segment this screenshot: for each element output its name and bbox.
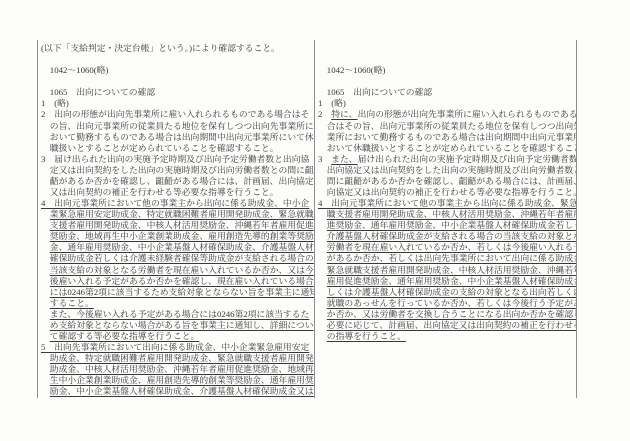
revised-text: また、 <box>331 154 357 164</box>
document-line: の指導を行うこと。 <box>318 331 574 342</box>
revised-text: 雇用促進奨励金、通年雇用奨励金、中小企業基盤人材確保助成金若 <box>327 276 577 286</box>
document-line <box>41 54 312 65</box>
column-right: 1042〜1060(略) 1065 出向についての確認1 (略)2 特に、出向の… <box>315 40 577 398</box>
document-line: おいて勤務するものである場合は出向期間中出向元事業所にいて休 <box>41 132 312 143</box>
document-line: 出向協定又は出向契約をした出向の実施時期及び出向労働者数との <box>318 165 574 176</box>
document-line: 2 特に、出向の形態が出向先事業所に雇い入れられるものである場 <box>318 109 574 120</box>
document-line: また、今後雇い入れる予定がある場合には0246第2項に該当するた <box>41 309 312 320</box>
revised-text: か否か、又は労働者を交換し合うことになる出向か否かを確認し、 <box>327 309 577 319</box>
document-line: があるか否か、若しくは出向先事業所において出向に係る助成金、 <box>318 253 574 264</box>
document-line: 1042〜1060(略) <box>41 65 312 76</box>
document-line: 進奨励金、通年雇用奨励金、中小企業基盤人材確保助成金若しくは <box>318 220 574 231</box>
revised-text: の指導を行うこと。 <box>327 331 406 341</box>
body-text: 出向の形態が出向先事業所に雇い入れられるものである場 <box>358 109 577 119</box>
revised-text: 業緊急雇用安定助成金、特定就職困難者雇用開発助成金、緊急就職 <box>50 209 314 219</box>
body-text: 2 出向の形態が出向先事業所に雇い入れられるものである場合はそ <box>41 109 309 119</box>
document-line: 1 (略) <box>318 98 574 109</box>
comparison-table: (以下「支給判定・決定台帳」という。)により確認すること。 1042〜1060(… <box>37 40 577 398</box>
document-line: 就職のあっせんを行っているか否か、若しくは今後行う予定がある <box>318 298 574 309</box>
document-line: 労働者を現在雇い入れているか否か、若しくは今後雇い入れる予定 <box>318 242 574 253</box>
revised-text: 職支援者雇用開発助成金、中核人材活用奨励金、沖縄若年者雇用促 <box>327 209 577 219</box>
body-text: (以下「支給判定・決定台帳」という。)により確認すること。 <box>41 43 280 53</box>
document-line: 職支援者雇用開発助成金、中核人材活用奨励金、沖縄若年者雇用促 <box>318 209 574 220</box>
document-line: 定又は出向契約をした出向の実施時期及び出向労働者数との間に齟 <box>41 165 312 176</box>
document-line: か否か、又は労働者を交換し合うことになる出向か否かを確認し、 <box>318 309 574 320</box>
body-text: 1 (略) <box>41 98 69 108</box>
revised-text: 労働者を現在雇い入れているか否か、若しくは今後雇い入れる予定 <box>327 242 577 252</box>
document-line: 後雇い入れる予定があるか否かを確認し、現在雇い入れている場合 <box>41 276 312 287</box>
body-text: 向協定又は出向契約の補正を行わせる等必要な指導を行うこと。 <box>327 187 577 197</box>
revised-text: て確認する等必要な指導を行うこと。 <box>50 331 200 341</box>
document-line: 助成金、特定就職困難者雇用開発助成金、緊急就職支援者雇用開発 <box>41 353 312 364</box>
document-line: て確認する等必要な指導を行うこと。 <box>41 331 312 342</box>
document-line: 3 また、届け出られた出向の実施予定時期及び出向予定労働者数と <box>318 154 574 165</box>
document-line <box>41 76 312 87</box>
body-text: 1042〜1060(略) <box>327 65 386 75</box>
body-text: 1042〜1060(略) <box>50 65 109 75</box>
document-line: すること。 <box>41 298 312 309</box>
document-line: 又は出向契約の補正を行わせる等必要な指導を行うこと。 <box>41 187 312 198</box>
revised-text: 確保助成金若しくは介護未経験者確保等助成金が支給される場合の <box>50 253 314 263</box>
body-text: 届け出られた出向の実施予定時期及び出向予定労働者数と <box>358 154 577 164</box>
revised-text: 奨励金、地域再生中小企業創業助成金、雇用創造先導的創業等奨励 <box>50 231 314 241</box>
revised-text: 特に、 <box>331 109 357 119</box>
body-text: おいて勤務するものである場合は出向期間中出向元事業所にいて休 <box>50 132 314 142</box>
document-line: 奨励金、地域再生中小企業創業助成金、雇用創造先導的創業等奨励 <box>41 231 312 242</box>
revised-text: 当該支給の対象となる労働者を現在雇い入れているか否か、又は今 <box>50 265 314 275</box>
column-left: (以下「支給判定・決定台帳」という。)により確認すること。 1042〜1060(… <box>37 40 315 398</box>
body-text: 3 届け出られた出向の実施予定時期及び出向予定労働者数と出向協 <box>41 154 309 164</box>
revised-text: また、今後雇い入れる予定がある場合には0246第2項に該当するた <box>50 309 310 319</box>
body-text: の旨、出向元事業所の従業員たる地位を保有しつつ出向先事業所に <box>50 121 314 131</box>
document-line: しくは介護基盤人材確保助成金の支給の対象となる出向若しくは再 <box>318 287 574 298</box>
document-line: 1065 出向についての確認 <box>41 87 312 98</box>
body-text: 3 <box>318 154 331 164</box>
body-text: 又は出向契約の補正を行わせる等必要な指導を行うこと。 <box>50 187 279 197</box>
revised-text: しくは介護基盤人材確保助成金の支給の対象となる出向若しくは再 <box>327 287 577 297</box>
body-text: 職扱いとすることが定められていることを確認すること。 <box>50 143 279 153</box>
revised-text: 助成金、中核人材活用奨励金、沖縄若年者雇用促進奨励金、地域再 <box>50 364 314 374</box>
document-line: 必要に応じて、計画届、出向協定又は出向契約の補正を行わせる等 <box>318 320 574 331</box>
body-text: 合はその旨、出向元事業所の従業員たる地位を保有しつつ出向先事 <box>327 121 577 131</box>
revised-text: 就職のあっせんを行っているか否か、若しくは今後行う予定がある <box>327 298 577 308</box>
body-text: 2 <box>318 109 331 119</box>
document-line: 雇用促進奨励金、通年雇用奨励金、中小企業基盤人材確保助成金若 <box>318 276 574 287</box>
document-line: 業所において勤務するものである場合は出向期間中出向元事業所に <box>318 132 574 143</box>
revised-text: 後雇い入れる予定があるか否かを確認し、現在雇い入れている場合 <box>50 276 314 286</box>
document-line: おいて休職扱いとすることが定められていることを確認すること。 <box>318 143 574 154</box>
document-line: め支給対象とならない場合がある旨を事業主に通知し、詳細につい <box>41 320 312 331</box>
revised-text: 4 出向元事業所において他の事業主から出向に係る助成金、中小企 <box>41 198 309 208</box>
document-line: には0246第2項に該当するため支給対象とならない旨を事業主に通知 <box>41 287 312 298</box>
document-line: 4 出向元事業所において他の事業主から出向に係る助成金、中小企 <box>41 198 312 209</box>
revised-text: 励金、中小企業基盤人材確保助成金、介護基盤人材確保助成金又は <box>50 386 314 396</box>
document-line: 金、通年雇用奨励金、中小企業基盤人材確保助成金、介護基盤人材 <box>41 242 312 253</box>
document-line: 当該支給の対象となる労働者を現在雇い入れているか否か、又は今 <box>41 265 312 276</box>
document-line: 緊急就職支援者雇用開発助成金、中核人材活用奨励金、沖縄若年者 <box>318 265 574 276</box>
document-line: 1 (略) <box>41 98 312 109</box>
revised-text: 緊急就職支援者雇用開発助成金、中核人材活用奨励金、沖縄若年者 <box>327 265 577 275</box>
document-line: 1065 出向についての確認 <box>318 87 574 98</box>
document-line: の旨、出向元事業所の従業員たる地位を保有しつつ出向先事業所に <box>41 121 312 132</box>
revised-text: 助成金、特定就職困難者雇用開発助成金、緊急就職支援者雇用開発 <box>50 353 314 363</box>
body-text: 1065 出向についての確認 <box>327 87 432 97</box>
document-line: 生中小企業創業助成金、雇用創造先導的創業等奨励金、通年雇用奨 <box>41 375 312 386</box>
revised-text: 生中小企業創業助成金、雇用創造先導的創業等奨励金、通年雇用奨 <box>50 375 314 385</box>
body-text: 1065 出向についての確認 <box>50 87 155 97</box>
document-line: 齬があるか否かを確認し、齟齬がある場合には、計画届、出向協定 <box>41 176 312 187</box>
revised-text: 介護基盤人材確保助成金が支給される場合の当該支給の対象となる <box>327 231 577 241</box>
document-line: 向協定又は出向契約の補正を行わせる等必要な指導を行うこと。 <box>318 187 574 198</box>
document-line: 間に齟齬があるか否かを確認し、齟齬がある場合には、計画届、出 <box>318 176 574 187</box>
document-line: 合はその旨、出向元事業所の従業員たる地位を保有しつつ出向先事 <box>318 121 574 132</box>
document-line: 2 出向の形態が出向先事業所に雇い入れられるものである場合はそ <box>41 109 312 120</box>
document-line: 支援者雇用開発助成金、中核人材活用奨励金、沖縄若年者雇用促進 <box>41 220 312 231</box>
revised-text: め支給対象とならない場合がある旨を事業主に通知し、詳細につい <box>50 320 314 330</box>
revised-text: 必要に応じて、計画届、出向協定又は出向契約の補正を行わせる等 <box>327 320 577 330</box>
body-text: 定又は出向契約をした出向の実施時期及び出向労働者数との間に齟 <box>50 165 314 175</box>
document-line: 職扱いとすることが定められていることを確認すること。 <box>41 143 312 154</box>
body-text: 業所において勤務するものである場合は出向期間中出向元事業所に <box>327 132 577 142</box>
document-line: 5 出向先事業所において出向に係る助成金、中小企業緊急雇用安定 <box>41 342 312 353</box>
document-page: (以下「支給判定・決定台帳」という。)により確認すること。 1042〜1060(… <box>0 0 630 441</box>
document-line <box>318 43 574 54</box>
document-line: 業緊急雇用安定助成金、特定就職困難者雇用開発助成金、緊急就職 <box>41 209 312 220</box>
document-line <box>318 54 574 65</box>
revised-text: 金、通年雇用奨励金、中小企業基盤人材確保助成金、介護基盤人材 <box>50 242 314 252</box>
document-line: 4 出向元事業所において他の事業主から出向に係る助成金、緊急就 <box>318 198 574 209</box>
document-line: 助成金、中核人材活用奨励金、沖縄若年者雇用促進奨励金、地域再 <box>41 364 312 375</box>
body-text: 齬があるか否かを確認し、齟齬がある場合には、計画届、出向協定 <box>50 176 314 186</box>
body-text: 間に齟齬があるか否かを確認し、齟齬がある場合には、計画届、出 <box>327 176 577 186</box>
revised-text: には0246第2項に該当するため支給対象とならない旨を事業主に通知 <box>50 287 315 297</box>
document-line: 1042〜1060(略) <box>318 65 574 76</box>
document-line: 励金、中小企業基盤人材確保助成金、介護基盤人材確保助成金又は <box>41 386 312 397</box>
document-line: 介護基盤人材確保助成金が支給される場合の当該支給の対象となる <box>318 231 574 242</box>
body-text: 1 (略) <box>318 98 346 108</box>
document-line <box>318 76 574 87</box>
revised-text: 進奨励金、通年雇用奨励金、中小企業基盤人材確保助成金若しくは <box>327 220 577 230</box>
revised-text: 5 出向先事業所において出向に係る助成金、中小企業緊急雇用安定 <box>41 342 309 352</box>
body-text: 出向協定又は出向契約をした出向の実施時期及び出向労働者数との <box>327 165 577 175</box>
body-text: おいて休職扱いとすることが定められていることを確認すること。 <box>327 143 577 153</box>
document-line: (以下「支給判定・決定台帳」という。)により確認すること。 <box>41 43 312 54</box>
revised-text: 支援者雇用開発助成金、中核人材活用奨励金、沖縄若年者雇用促進 <box>50 220 314 230</box>
document-line: 3 届け出られた出向の実施予定時期及び出向予定労働者数と出向協 <box>41 154 312 165</box>
revised-text: があるか否か、若しくは出向先事業所において出向に係る助成金、 <box>327 253 577 263</box>
revised-text: 4 出向元事業所において他の事業主から出向に係る助成金、緊急就 <box>318 198 577 208</box>
revised-text: すること。 <box>50 298 94 308</box>
document-line: 確保助成金若しくは介護未経験者確保等助成金が支給される場合の <box>41 253 312 264</box>
